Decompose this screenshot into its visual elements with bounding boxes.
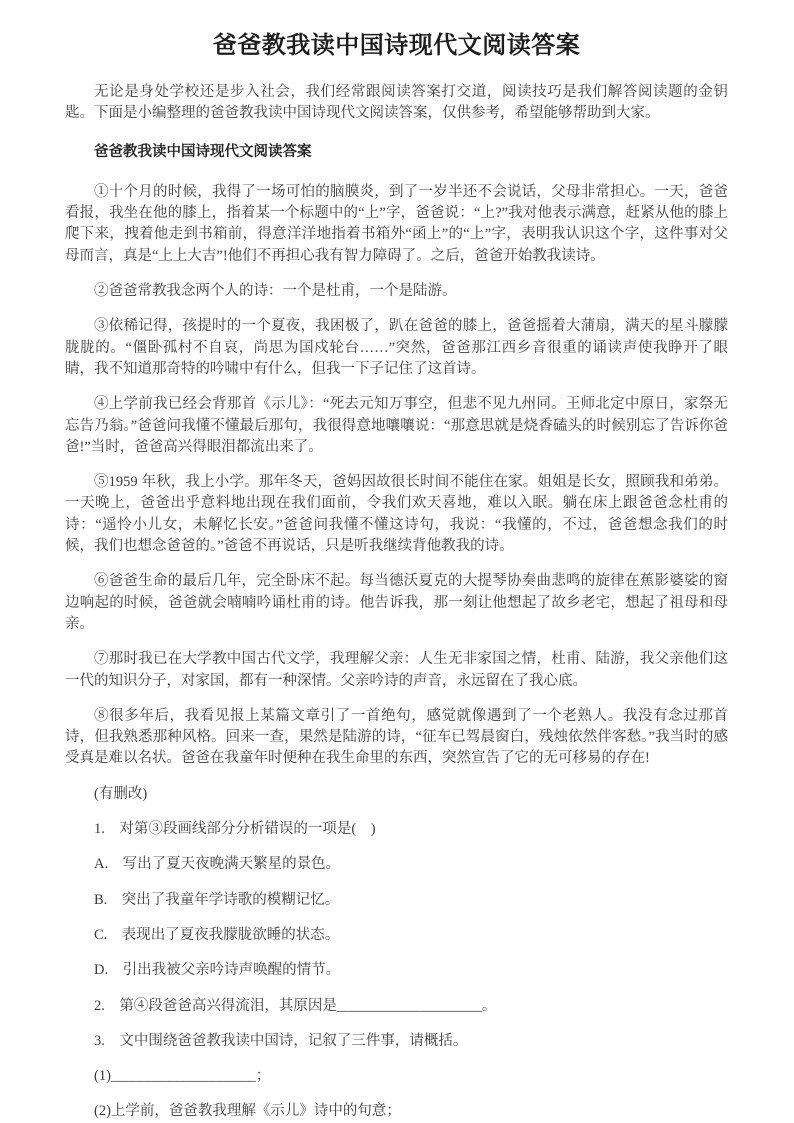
page-title: 爸爸教我读中国诗现代文阅读答案 — [65, 31, 728, 61]
article-paragraph-2: ②爸爸常教我念两个人的诗：一个是杜甫，一个是陆游。 — [65, 281, 728, 302]
intro-paragraph: 无论是身处学校还是步入社会，我们经常跟阅读答案打交道，阅读技巧是我们解答阅读题的… — [65, 82, 728, 125]
question-1-option-c: C. 表现出了夏夜我朦胧欲睡的状态。 — [65, 925, 728, 946]
article-paragraph-1: ①十个月的时候，我得了一场可怕的脑膜炎，到了一岁半还不会说话，父母非常担心。一天… — [65, 182, 728, 267]
question-2: 2. 第④段爸爸高兴得流泪，其原因是____________________。 — [65, 996, 728, 1017]
article-paragraph-5: ⑤1959 年秋，我上小学。那年冬天，爸妈因故很长时间不能住在家。姐姐是长女，照… — [65, 472, 728, 557]
article-paragraph-8: ⑧很多年后，我看见报上某篇文章引了一首绝句，感觉就像遇到了一个老熟人。我没有念过… — [65, 706, 728, 770]
article-paragraph-6: ⑥爸爸生命的最后几年，完全卧床不起。每当德沃夏克的大提琴协奏曲悲鸣的旋律在蕉影婆… — [65, 571, 728, 635]
document-page: 爸爸教我读中国诗现代文阅读答案 无论是身处学校还是步入社会，我们经常跟阅读答案打… — [0, 0, 794, 1123]
question-3: 3. 文中围绕爸爸教我读中国诗，记叙了三件事，请概括。 — [65, 1031, 728, 1052]
article-paragraph-3: ③依稀记得，孩提时的一个夏夜，我困极了，趴在爸爸的膝上，爸爸摇着大蒲扇，满天的星… — [65, 316, 728, 380]
article-subheading: 爸爸教我读中国诗现代文阅读答案 — [65, 142, 728, 163]
question-1-option-d: D. 引出我被父亲吟诗声唤醒的情节。 — [65, 960, 728, 981]
edit-note: (有删改) — [65, 784, 728, 805]
question-1: 1. 对第③段画线部分分析错误的一项是( ) — [65, 819, 728, 840]
question-1-option-a: A. 写出了夏天夜晚满天繁星的景色。 — [65, 854, 728, 875]
question-3-item-2: (2)上学前，爸爸教我理解《示儿》诗中的句意； — [65, 1101, 728, 1122]
article-paragraph-4: ④上学前我已经会背那首《示儿》：“死去元知万事空，但悲不见九州同。王师北定中原日… — [65, 394, 728, 458]
article-paragraph-7: ⑦那时我已在大学教中国古代文学，我理解父亲：人生无非家国之情，杜甫、陆游，我父亲… — [65, 649, 728, 692]
question-1-option-b: B. 突出了我童年学诗歌的模糊记忆。 — [65, 890, 728, 911]
question-3-blank-1: (1)____________________； — [65, 1066, 728, 1087]
